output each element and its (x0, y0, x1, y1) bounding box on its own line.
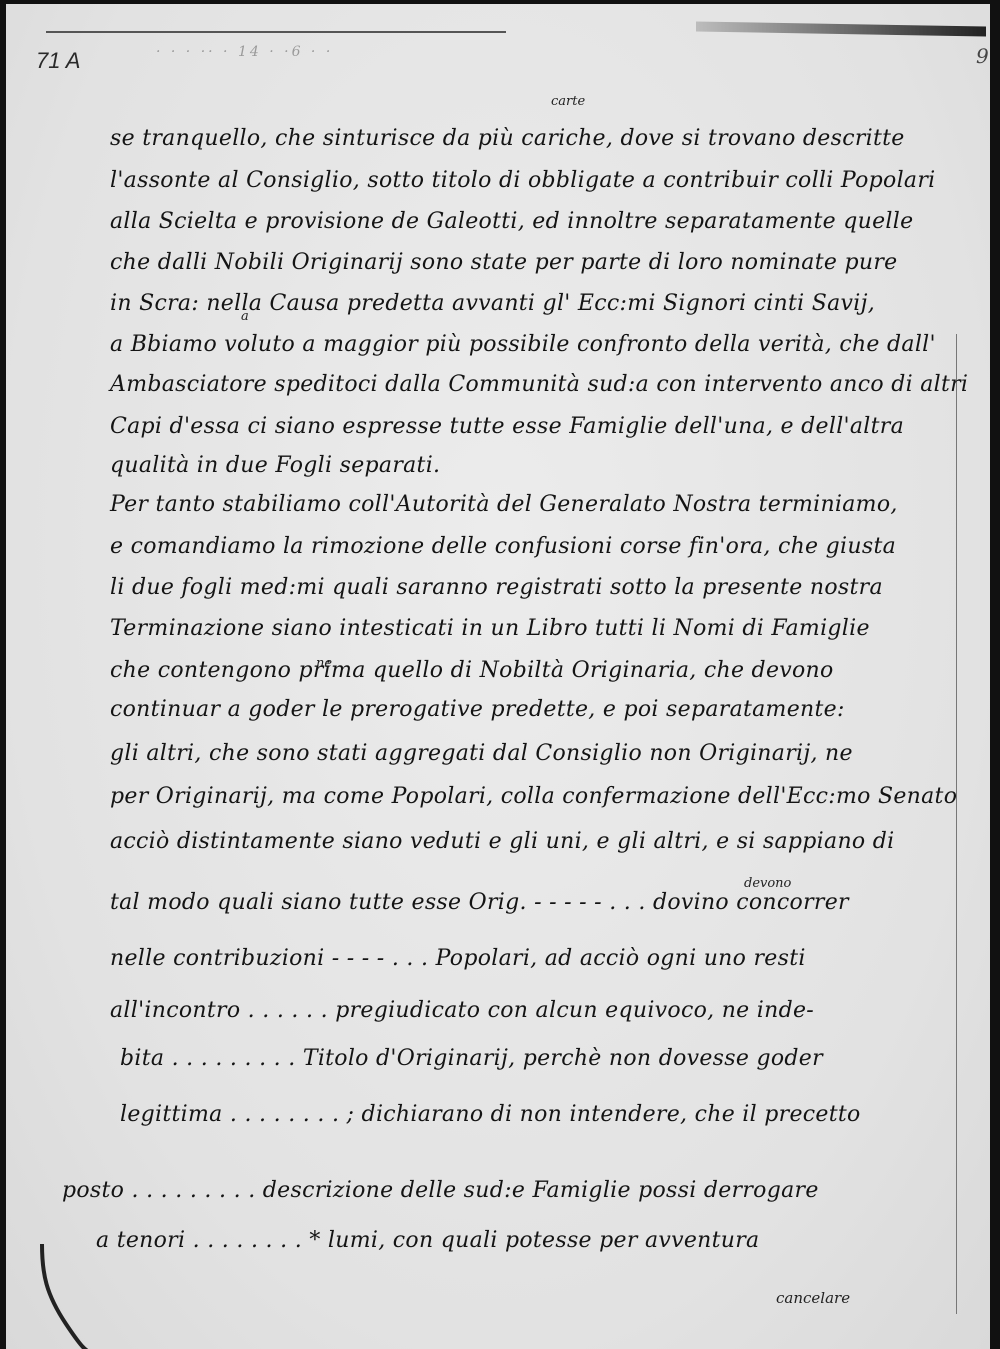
text-line: Per tanto stabiliamo coll'Autorità del G… (110, 492, 960, 517)
text-line: Ambasciatore speditoci dalla Communità s… (110, 372, 960, 397)
text-line: a tenori . . . . . . . . * lumi, con qua… (96, 1228, 946, 1253)
text-line: in Scra: nella Causa predetta avvanti gl… (110, 291, 960, 316)
folio-number: 71 A (36, 48, 80, 74)
page-top-edge (46, 31, 506, 33)
text-line-part: che contengono prima quello di Nobiltà O… (110, 658, 834, 683)
text-line: per Originarij, ma come Popolari, colla … (110, 784, 960, 809)
text-line: bita . . . . . . . . . Titolo d'Originar… (120, 1046, 970, 1071)
interlinear-note: carte (551, 94, 585, 109)
page-curl-shadow (6, 1244, 96, 1349)
text-line: a Bbiamo voluto a maggior più possibile … (110, 332, 960, 357)
page-fold-shadow (696, 21, 986, 36)
text-line: qualità in due Fogli separati. (110, 453, 960, 478)
text-line: li due fogli med:mi quali saranno regist… (110, 575, 960, 600)
text-line: all'incontro . . . . . . pregiudicato co… (110, 998, 960, 1023)
text-line: tal modo quali siano tutte esse Orig. - … (110, 890, 960, 915)
text-line: legittima . . . . . . . . ; dichiarano d… (120, 1102, 970, 1127)
margin-note: cancelare (776, 1289, 850, 1307)
text-line: posto . . . . . . . . . descrizione dell… (62, 1178, 912, 1203)
corner-mark: 9 (976, 44, 989, 68)
text-line: che dalli Nobili Originarij sono state p… (110, 250, 960, 275)
interlinear-note: devono (744, 876, 791, 891)
faint-bleed-through-header: · · · ·· · 14 · ·6 · · (156, 44, 333, 60)
text-line: Terminazione siano intesticati in un Lib… (110, 616, 960, 641)
right-margin-line (956, 334, 957, 1314)
text-line: Capi d'essa ci siano espresse tutte esse… (110, 414, 960, 439)
text-line: continuar a goder le prerogative predett… (110, 697, 960, 722)
text-line: gli altri, che sono stati aggregati dal … (110, 741, 960, 766)
text-line: che contengono prima quello di Nobiltà O… (110, 658, 960, 683)
text-line: alla Scielta e provisione de Galeotti, e… (110, 209, 960, 234)
text-line: e comandiamo la rimozione delle confusio… (110, 534, 960, 559)
text-line: acciò distintamente siano veduti e gli u… (110, 829, 960, 854)
text-line: nelle contribuzioni - - - - . . . Popola… (110, 946, 960, 971)
text-line: se tranquello, che sinturisce da più car… (110, 126, 960, 151)
manuscript-page: 71 A · · · ·· · 14 · ·6 · · 9 carte a ne… (6, 4, 990, 1349)
text-line: l'assonte al Consiglio, sotto titolo di … (110, 168, 960, 193)
